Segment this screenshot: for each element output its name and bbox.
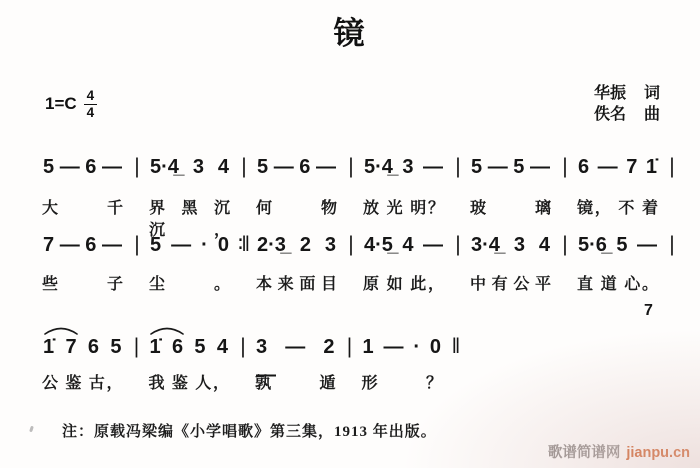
lyrics-line-2: 些 子尘。本 来 面 目原 如 此，中 有 公 平直 道 心。 <box>36 274 678 296</box>
notation-segment: 1̇ 7 6 5 <box>36 333 129 361</box>
lyrics-group: 原 如 此， <box>357 274 450 296</box>
notation-line-2: 7 — 6 —|5 — · 0∶‖2·3̲ 2 3|4·5̲ 4 —|3·4̲ … <box>36 231 678 261</box>
lyrics-group <box>235 373 249 395</box>
lyrics-group: 形？ <box>356 373 449 395</box>
watermark-site-name: 歌谱简谱网 <box>548 441 621 462</box>
notation-segment: | <box>235 333 249 361</box>
notation-segment: 1 — · 0 <box>356 333 449 361</box>
lyrics-line-3: 公 鉴 古，我 鉴 人，孰 遁形？ <box>36 373 462 395</box>
notation-segment: 6 — 7 1̇ <box>571 153 664 181</box>
lyrics-group <box>343 274 357 296</box>
notation-segment: | <box>129 333 143 361</box>
time-signature-numerator: 4 <box>84 88 98 105</box>
lyrics-group <box>129 274 143 296</box>
lyricist-credit: 华振 词 <box>594 84 660 105</box>
sheet-music-page: 镜 1=C 4 4 华振 词 佚名 曲 5 — 6 —|5·4̲ 3 4|5 —… <box>0 0 700 468</box>
lyrics-group <box>450 274 464 296</box>
scan-artifact-mark <box>29 426 34 433</box>
notation-segment: 5·4̲ 3 4 <box>143 153 236 181</box>
lyricist-role: 词 <box>644 84 660 105</box>
notation-segment: | <box>664 153 678 181</box>
notation-segment: | <box>343 153 357 181</box>
lyrics-group: 孰 遁 <box>249 373 342 395</box>
notation-segment: 4·5̲ 4 — <box>357 231 450 259</box>
lyrics-group <box>236 274 250 296</box>
notation-segment: | <box>450 153 464 181</box>
notation-segment: 5·4̲ 3 — <box>357 153 450 181</box>
lyricist-name: 华振 <box>594 84 626 105</box>
lyrics-group: 中 有 公 平 <box>464 274 557 296</box>
notation-line-3: 1̇ 7 6 5|1̇ 6 5 4|3 — 2 —|1 — · 0‖ <box>36 333 462 363</box>
time-signature-denominator: 4 <box>84 105 98 121</box>
lyrics-group <box>664 274 678 296</box>
key-signature: 1=C <box>45 94 77 114</box>
lyrics-group <box>557 274 571 296</box>
source-footnote: 注：原载冯梁编《小学唱歌》第三集，1913 年出版。 <box>62 420 437 441</box>
notation-segment: | <box>236 153 250 181</box>
notation-segment: ‖ <box>448 333 462 361</box>
notation-segment: | <box>129 153 143 181</box>
lyrics-group <box>342 373 356 395</box>
lyrics-group <box>448 373 462 395</box>
composer-name: 佚名 <box>594 105 626 126</box>
notation-segment: | <box>664 231 678 259</box>
lyrics-group: 些 子 <box>36 274 129 296</box>
notation-segment: 5 — 6 — <box>36 153 129 181</box>
lyrics-group: 公 鉴 古， <box>36 373 129 395</box>
notation-segment: 2·3̲ 2 3 <box>250 231 343 259</box>
notation-segment: | <box>342 333 356 361</box>
notation-segment: 5 — 6 — <box>250 153 343 181</box>
lyrics-group: 本 来 面 目 <box>250 274 343 296</box>
notation-segment: 5·6̲ 5 — <box>571 231 664 259</box>
notation-segment: 1̇ 6 5 4 <box>143 333 236 361</box>
key-and-time-signature: 1=C 4 4 <box>45 88 97 120</box>
notation-segment: ∶‖ <box>236 231 250 259</box>
notation-segment: 3·4̲ 3 4 <box>464 231 557 259</box>
composer-credit: 佚名 曲 <box>594 105 660 126</box>
page-number: 7 <box>644 302 653 320</box>
watermark-site-url: jianpu.cn <box>626 445 690 461</box>
notation-segment: | <box>343 231 357 259</box>
notation-segment: 7 — 6 — <box>36 231 129 259</box>
song-title: 镜 <box>0 8 700 53</box>
credits: 华振 词 佚名 曲 <box>594 84 660 126</box>
lyrics-group: 直 道 心。 <box>571 274 664 296</box>
notation-line-1: 5 — 6 —|5·4̲ 3 4|5 — 6 —|5·4̲ 3 —|5 — 5 … <box>36 153 678 183</box>
notation-segment: 5 — 5 — <box>464 153 557 181</box>
notation-segment: | <box>557 153 571 181</box>
notation-segment: | <box>129 231 143 259</box>
lyrics-group: 我 鉴 人， <box>143 373 236 395</box>
notation-segment: 5 — · 0 <box>143 231 236 259</box>
lyrics-group: 尘。 <box>143 274 236 296</box>
site-watermark: 歌谱简谱网 jianpu.cn <box>548 441 690 462</box>
notation-segment: | <box>557 231 571 259</box>
lyrics-group <box>129 373 143 395</box>
time-signature: 4 4 <box>84 88 98 120</box>
composer-role: 曲 <box>644 105 660 126</box>
notation-segment: | <box>450 231 464 259</box>
